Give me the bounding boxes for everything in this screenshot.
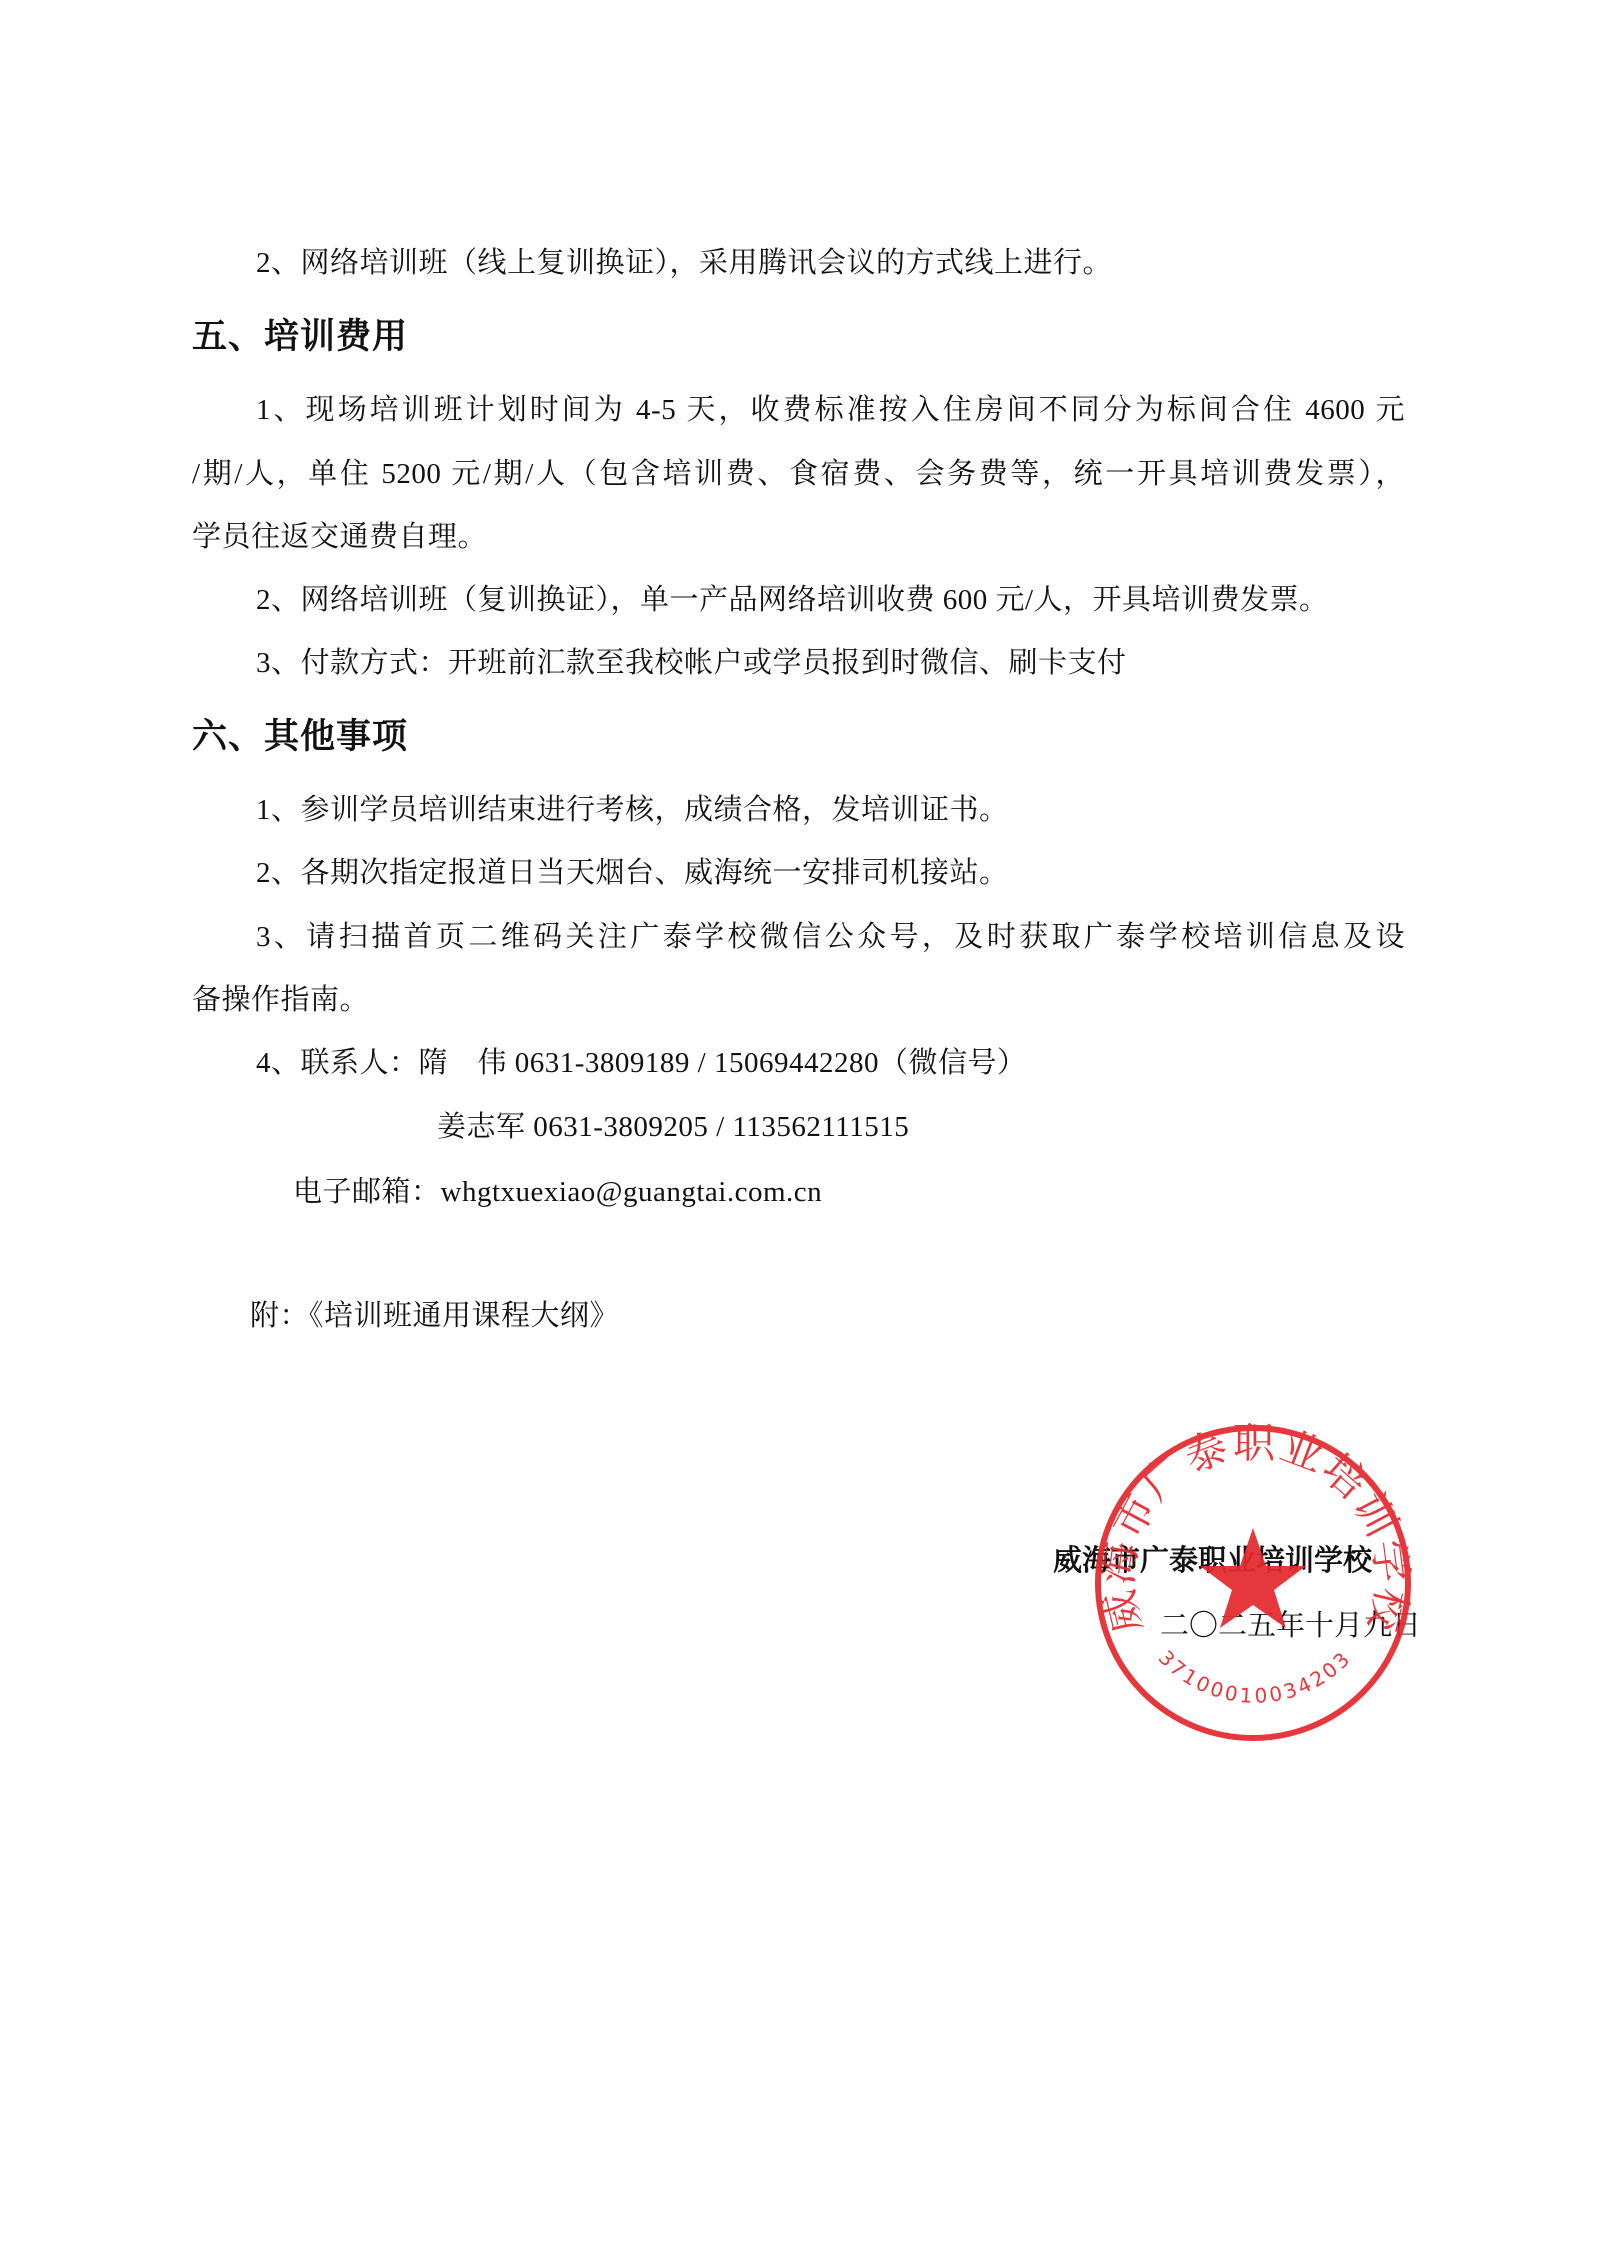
signature-organization: 威海市广泰职业培训学校 xyxy=(1053,1540,1372,1580)
online-class-note: 2、网络培训班（线上复训换证），采用腾讯会议的方式线上进行。 xyxy=(256,243,1112,283)
fee-item-1-line-1: 1、现场培训班计划时间为 4-5 天，收费标准按入住房间不同分为标间合住 460… xyxy=(192,390,1405,430)
other-item-3-line-1: 3、请扫描首页二维码关注广泰学校微信公众号，及时获取广泰学校培训信息及设 xyxy=(192,917,1405,957)
contact-person-2: 姜志军 0631-3809205 / 113562111515 xyxy=(437,1107,909,1147)
attachment-note: 附：《培训班通用课程大纲》 xyxy=(250,1296,619,1336)
fee-item-3: 3、付款方式：开班前汇款至我校帐户或学员报到时微信、刷卡支付 xyxy=(256,643,1127,683)
other-item-3-line-2: 备操作指南。 xyxy=(192,980,369,1020)
fee-item-1-line-2: /期/人，单住 5200 元/期/人（包含培训费、食宿费、会务费等，统一开具培训… xyxy=(192,454,1405,494)
signature-date: 二〇二五年十月九日 xyxy=(1160,1605,1421,1645)
contact-person-1: 4、联系人：隋 伟 0631-3809189 / 15069442280（微信号… xyxy=(256,1043,1026,1083)
other-item-1: 1、参训学员培训结束进行考核，成绩合格，发培训证书。 xyxy=(256,790,1009,830)
other-item-2: 2、各期次指定报道日当天烟台、威海统一安排司机接站。 xyxy=(256,853,1009,893)
section-heading-fees: 五、培训费用 xyxy=(192,315,408,359)
fee-item-1-line-3: 学员往返交通费自理。 xyxy=(192,517,487,557)
svg-text:37100010034203: 37100010034203 xyxy=(1154,1645,1356,1707)
official-seal-icon: 威海市广泰职业培训学校 37100010034203 xyxy=(1090,1420,1420,1750)
fee-item-2: 2、网络培训班（复训换证），单一产品网络培训收费 600 元/人，开具培训费发票… xyxy=(256,580,1329,620)
document-page: 2、网络培训班（线上复训换证），采用腾讯会议的方式线上进行。 五、培训费用 1、… xyxy=(0,0,1600,2263)
section-heading-other: 六、其他事项 xyxy=(192,715,408,759)
contact-email: 电子邮箱：whgtxuexiao@guangtai.com.cn xyxy=(293,1172,822,1212)
